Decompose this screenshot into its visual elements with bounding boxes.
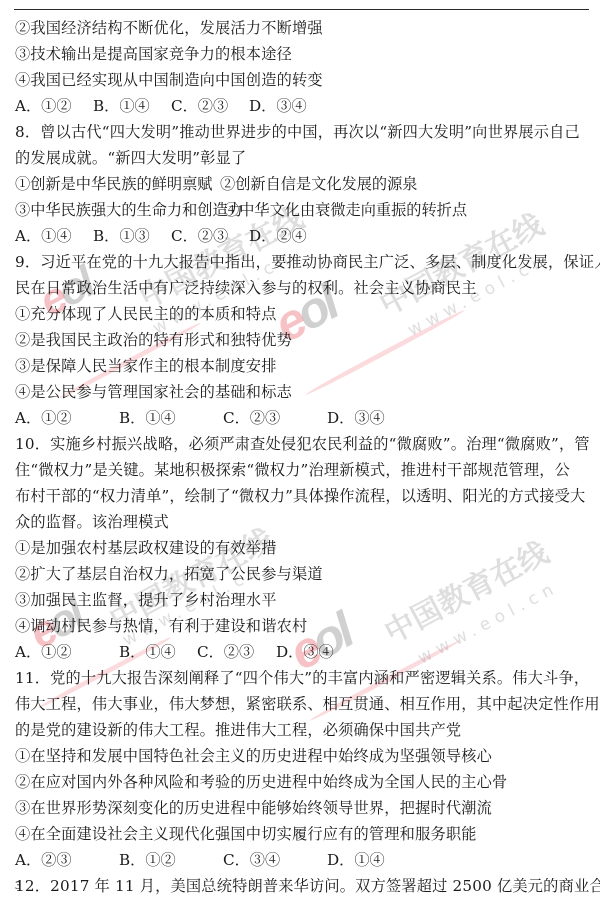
option-c: C．②③ [223, 405, 327, 431]
statement: ②创新自信是文化发展的源泉 [220, 171, 417, 197]
statement: ④中华文化由衰微走向重振的转折点 [224, 197, 467, 223]
question-stem: 民在日常政治生活中有广泛持续深入参与的权利。社会主义协商民主 [15, 275, 590, 301]
option-a: A．①② [15, 639, 119, 665]
option-c: C．②③ [197, 639, 276, 665]
question-stem: 8．曾以古代“四大发明”推动世界进步的中国，再次以“新四大发明”向世界展示自己 [15, 119, 590, 145]
question-stem: 10．实施乡村振兴战略，必须严肃查处侵犯农民利益的“微腐败”。治理“微腐败”，管 [15, 431, 590, 457]
option-d: D．③④ [249, 93, 327, 119]
option-a: A．①② [15, 405, 119, 431]
option-d: D．③④ [327, 405, 431, 431]
statement: ①是加强农村基层政权建设的有效举措 [15, 535, 590, 561]
option-b: B．①④ [119, 405, 223, 431]
statement: ③在世界形势深刻变化的历史进程中能够始终领导世界，把握时代潮流 [15, 795, 590, 821]
answer-options: A．①② B．①④ C．②③ D．③④ [15, 405, 590, 431]
statement: ③加强民主监督，提升了乡村治理水平 [15, 587, 590, 613]
question-9: 9．习近平在党的十九大报告中指出，要推动协商民主广泛、多层、制度化发展，保证人 … [15, 249, 590, 431]
question-stem: 众的监督。该治理模式 [15, 509, 590, 535]
option-b: B．①③ [93, 223, 171, 249]
statement: ②在应对国内外各种风险和考验的历史进程中始终成为全国人民的主心骨 [15, 769, 590, 795]
statement-pair: ①创新是中华民族的鲜明禀赋 ②创新自信是文化发展的源泉 [15, 171, 590, 197]
statement: ④在全面建设社会主义现代化强国中切实履行应有的管理和服务职能 [15, 821, 590, 847]
option-c: C．③④ [223, 847, 327, 873]
answer-options: A．①② B．①④ C．②③ D．③④ [15, 639, 590, 665]
option-a: A．①② [15, 93, 93, 119]
page-number: 3 [15, 878, 21, 893]
statement: ①充分体现了人民民主的的本质和特点 [15, 301, 590, 327]
question-stem: 11．党的十九大报告深刻阐释了“四个伟大”的丰富内涵和严密逻辑关系。伟大斗争， [15, 665, 590, 691]
question-10: 10．实施乡村振兴战略，必须严肃查处侵犯农民利益的“微腐败”。治理“微腐败”，管… [15, 431, 590, 665]
option-a: A．②③ [15, 847, 119, 873]
option-c: C．②③ [171, 223, 249, 249]
option-d: D．③④ [276, 639, 334, 665]
question-stem: 9．习近平在党的十九大报告中指出，要推动协商民主广泛、多层、制度化发展，保证人 [15, 249, 590, 275]
question-content: ②我国经济结构不断优化，发展活力不断增强 ③技术输出是提高国家竞争力的根本途径 … [15, 15, 590, 899]
statement: ④我国已经实现从中国制造向中国创造的转变 [15, 67, 590, 93]
option-b: B．①④ [119, 639, 197, 665]
statement-pair: ③中华民族强大的生命力和创造力 ④中华文化由衰微走向重振的转折点 [15, 197, 590, 223]
statement: ②我国经济结构不断优化，发展活力不断增强 [15, 15, 590, 41]
question-stem: 的是党的建设新的伟大工程。推进伟大工程，必须确保中国共产党 [15, 717, 590, 743]
option-b: B．①④ [93, 93, 171, 119]
question-stem: 住“微权力”是关键。某地积极探索“微权力”治理新模式，推进村干部规范管理，公 [15, 457, 590, 483]
statement: ④是公民参与管理国家社会的基础和标志 [15, 379, 590, 405]
question-8: 8．曾以古代“四大发明”推动世界进步的中国，再次以“新四大发明”向世界展示自己 … [15, 119, 590, 249]
statement: ①在坚持和发展中国特色社会主义的历史进程中始终成为坚强领导核心 [15, 743, 590, 769]
answer-options: A．②③ B．①② C．③④ D．①④ [15, 847, 590, 873]
header-rule [14, 9, 589, 10]
question-7-tail: ②我国经济结构不断优化，发展活力不断增强 ③技术输出是提高国家竞争力的根本途径 … [15, 15, 590, 119]
statement: ②是我国民主政治的特有形式和独特优势 [15, 327, 590, 353]
statement: ③技术输出是提高国家竞争力的根本途径 [15, 41, 590, 67]
option-c: C．②③ [171, 93, 249, 119]
option-a: A．①④ [15, 223, 93, 249]
question-stem: 伟大工程，伟大事业，伟大梦想，紧密联系、相互贯通、相互作用，其中起决定性作用 [15, 691, 590, 717]
exam-page: eol 中国教育在线 www.eol.cn eol 中国教育在线 www.eol… [0, 0, 600, 912]
statement: ③是保障人民当家作主的根本制度安排 [15, 353, 590, 379]
question-stem: 布村干部的“权力清单”，绘制了“微权力”具体操作流程，以透明、阳光的方式接受大 [15, 483, 590, 509]
statement: ③中华民族强大的生命力和创造力 [15, 197, 224, 223]
option-b: B．①② [119, 847, 223, 873]
answer-options: A．①② B．①④ C．②③ D．③④ [15, 93, 590, 119]
option-d: D．②④ [249, 223, 327, 249]
statement: ①创新是中华民族的鲜明禀赋 [15, 171, 220, 197]
question-11: 11．党的十九大报告深刻阐释了“四个伟大”的丰富内涵和严密逻辑关系。伟大斗争， … [15, 665, 590, 873]
question-stem: 12．2017 年 11 月，美国总统特朗普来华访问。双方签署超过 2500 亿… [15, 873, 590, 899]
question-stem: 的发展成就。“新四大发明”彰显了 [15, 145, 590, 171]
answer-options: A．①④ B．①③ C．②③ D．②④ [15, 223, 590, 249]
statement: ④调动村民参与热情，有利于建设和谐农村 [15, 613, 590, 639]
statement: ②扩大了基层自治权力，拓宽了公民参与渠道 [15, 561, 590, 587]
question-12: 12．2017 年 11 月，美国总统特朗普来华访问。双方签署超过 2500 亿… [15, 873, 590, 899]
option-d: D．①④ [327, 847, 431, 873]
